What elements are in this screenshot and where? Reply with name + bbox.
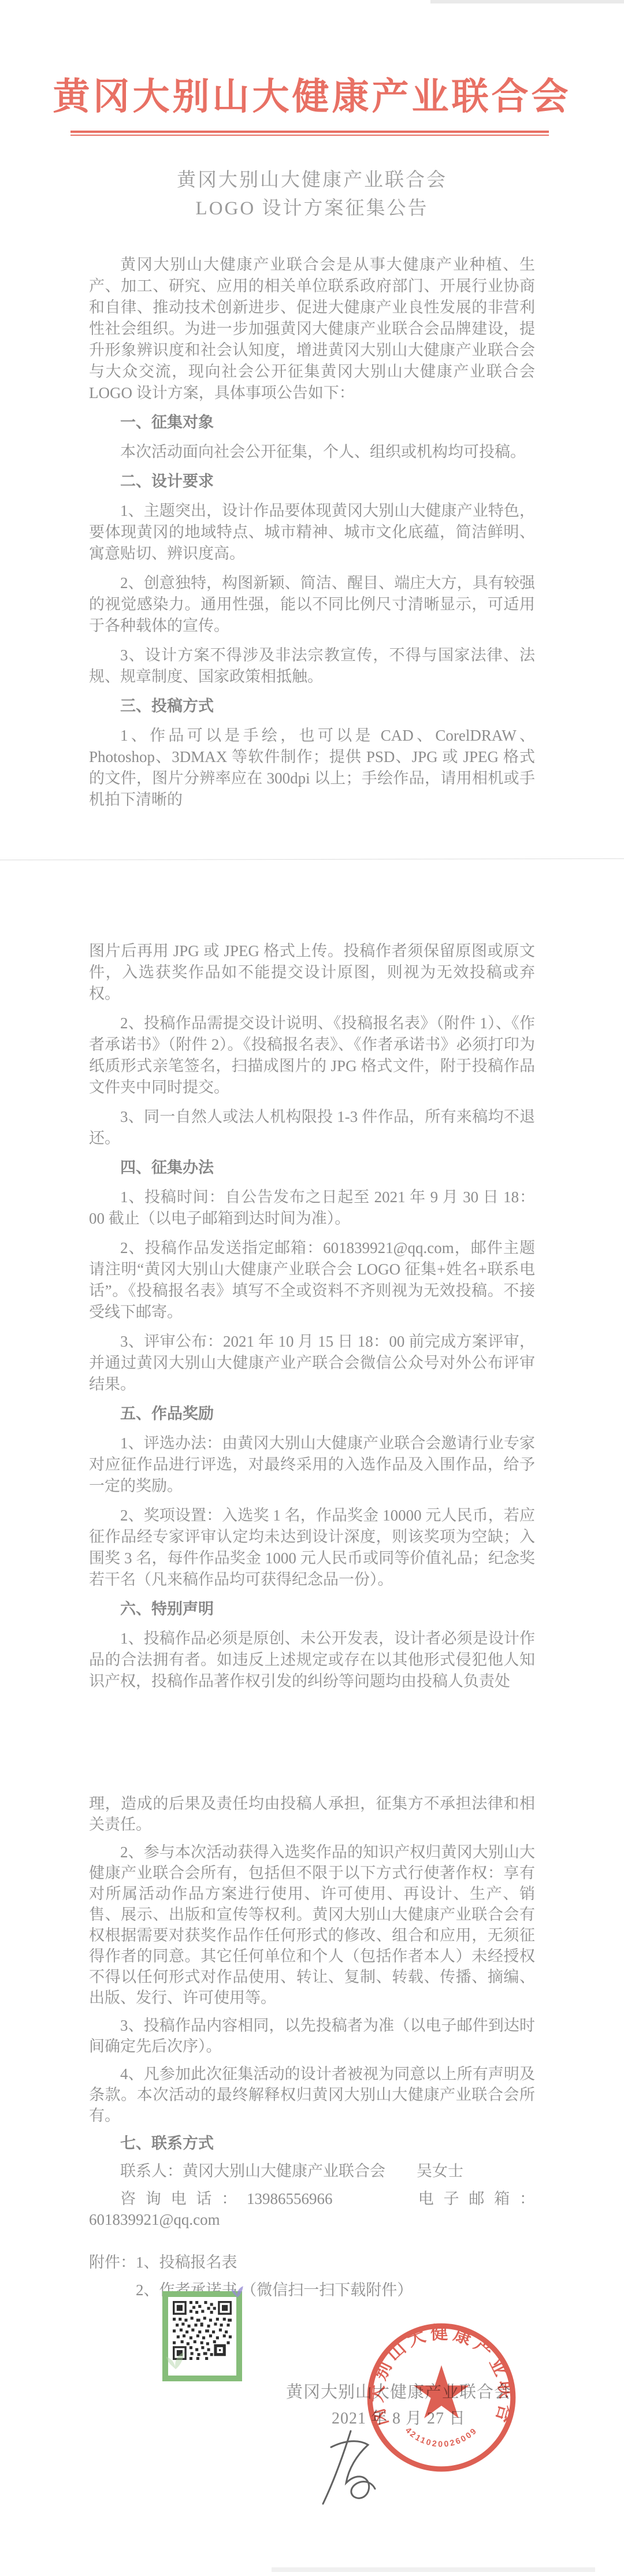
section-3-item-3: 3、同一自然人或法人机构限投 1-3 件作品，所有来稿均不退还。	[89, 1106, 535, 1149]
section-7-heading: 七、联系方式	[89, 2133, 535, 2154]
announcement-document: 黄冈大别山大健康产业联合会 黄冈大别山大健康产业联合会 LOGO 设计方案征集公…	[0, 0, 624, 2576]
section-5-item-2: 2、奖项设置：入选奖 1 名，作品奖金 10000 元人民币，若应征作品经专家评…	[89, 1505, 535, 1590]
leaf-watermark-icon	[164, 2349, 187, 2372]
section-6-heading: 六、特别声明	[89, 1599, 535, 1620]
section-6-item-1-part-b: 理，造成的后果及责任均由投稿人承担，征集方不承担法律和相关责任。	[89, 1793, 535, 1835]
section-3-item-1-part-b: 图片后再用 JPG 或 JPEG 格式上传。投稿作者须保留原图或原文件，入选获奖…	[89, 941, 535, 1005]
section-3-heading: 三、投稿方式	[89, 696, 535, 717]
section-1-heading: 一、征集对象	[89, 412, 535, 433]
body-page-2: 图片后再用 JPG 或 JPEG 格式上传。投稿作者须保留原图或原文件，入选获奖…	[89, 941, 535, 1700]
section-1-paragraph: 本次活动面向社会公开征集，个人、组织或机构均可投稿。	[89, 441, 535, 463]
section-4-item-2: 2、投稿作品发送指定邮箱：601839921@qq.com，邮件主题请注明“黄冈…	[89, 1237, 535, 1323]
section-4-item-3: 3、评审公布：2021 年 10 月 15 日 18：00 前完成方案评审，并通…	[89, 1331, 535, 1395]
section-5-heading: 五、作品奖励	[89, 1403, 535, 1425]
intro-paragraph: 黄冈大别山大健康产业联合会是从事大健康产业种植、生产、加工、研究、应用的相关单位…	[89, 254, 535, 404]
section-6-item-2: 2、参与本次活动获得入选奖作品的知识产权归黄冈大别山大健康产业联合会所有，包括但…	[89, 1842, 535, 2008]
section-6-item-1-part-a: 1、投稿作品必须是原创、未公开发表，设计者必须是设计作品的合法拥有者。如违反上述…	[89, 1628, 535, 1692]
contact-phone-email-line: 咨询电话：13986556966 电子邮箱：601839921@qq.com	[89, 2188, 535, 2230]
letterhead-double-rule	[70, 131, 549, 136]
document-title-line1: 黄冈大别山大健康产业联合会	[0, 166, 624, 195]
attachments: 附件：1、投稿报名表 2、作者承诺书 （微信扫一扫下载附件）	[89, 2252, 535, 2300]
seal-star-icon	[414, 2365, 469, 2418]
page-break-line	[0, 858, 624, 860]
section-2-heading: 二、设计要求	[89, 471, 535, 492]
sprout-decoration-icon	[230, 2284, 245, 2299]
scan-artifact-bottom	[272, 2567, 595, 2572]
body-page-3: 理，造成的后果及责任均由投稿人承担，征集方不承担法律和相关责任。 2、参与本次活…	[89, 1793, 535, 2307]
letterhead-title: 黄冈大别山大健康产业联合会	[0, 67, 624, 120]
section-3-item-1-part-a: 1、作品可以是手绘，也可以是 CAD、CorelDRAW、Photoshop、3…	[89, 725, 535, 811]
contact-person-line: 联系人：黄冈大别山大健康产业联合会 吴女士	[89, 2161, 535, 2181]
svg-text:4211020026009: 4211020026009	[403, 2426, 480, 2449]
section-6-item-4: 4、凡参加此次征集活动的设计者被视为同意以上所有声明及条款。本次活动的最终解释权…	[89, 2064, 535, 2126]
section-3-item-2: 2、投稿作品需提交设计说明、《投稿报名表》（附件 1）、《作者承诺书》（附件 2…	[89, 1013, 535, 1098]
handwritten-signature	[315, 2430, 396, 2514]
section-2-item-1: 1、主题突出，设计作品要体现黄冈大别山大健康产业特色，要体现黄冈的地域特点、城市…	[89, 500, 535, 564]
document-title: 黄冈大别山大健康产业联合会 LOGO 设计方案征集公告	[0, 166, 624, 223]
section-2-item-3: 3、设计方案不得涉及非法宗教宣传，不得与国家法律、法规、规章制度、国家政策相抵触…	[89, 645, 535, 687]
section-2-item-2: 2、创意独特，构图新颖、简洁、醒目、端庄大方，具有较强的视觉感染力。通用性强，能…	[89, 573, 535, 637]
attachment-2: 2、作者承诺书 （微信扫一扫下载附件）	[89, 2280, 535, 2300]
body-page-1: 黄冈大别山大健康产业联合会是从事大健康产业种植、生产、加工、研究、应用的相关单位…	[89, 254, 535, 819]
seal-number-text: 4211020026009	[403, 2426, 480, 2449]
document-title-line2: LOGO 设计方案征集公告	[0, 195, 624, 223]
scan-artifact-top	[430, 0, 624, 3]
section-5-item-1: 1、评选办法：由黄冈大别山大健康产业联合会邀请行业专家对应征作品进行评选，对最终…	[89, 1433, 535, 1497]
section-6-item-3: 3、投稿作品内容相同，以先投稿者为准（以电子邮件到达时间确定先后次序）。	[89, 2015, 535, 2057]
attachment-1: 附件：1、投稿报名表	[89, 2252, 535, 2273]
section-4-heading: 四、征集办法	[89, 1157, 535, 1179]
section-4-item-1: 1、投稿时间：自公告发布之日起至 2021 年 9 月 30 日 18：00 截…	[89, 1187, 535, 1229]
